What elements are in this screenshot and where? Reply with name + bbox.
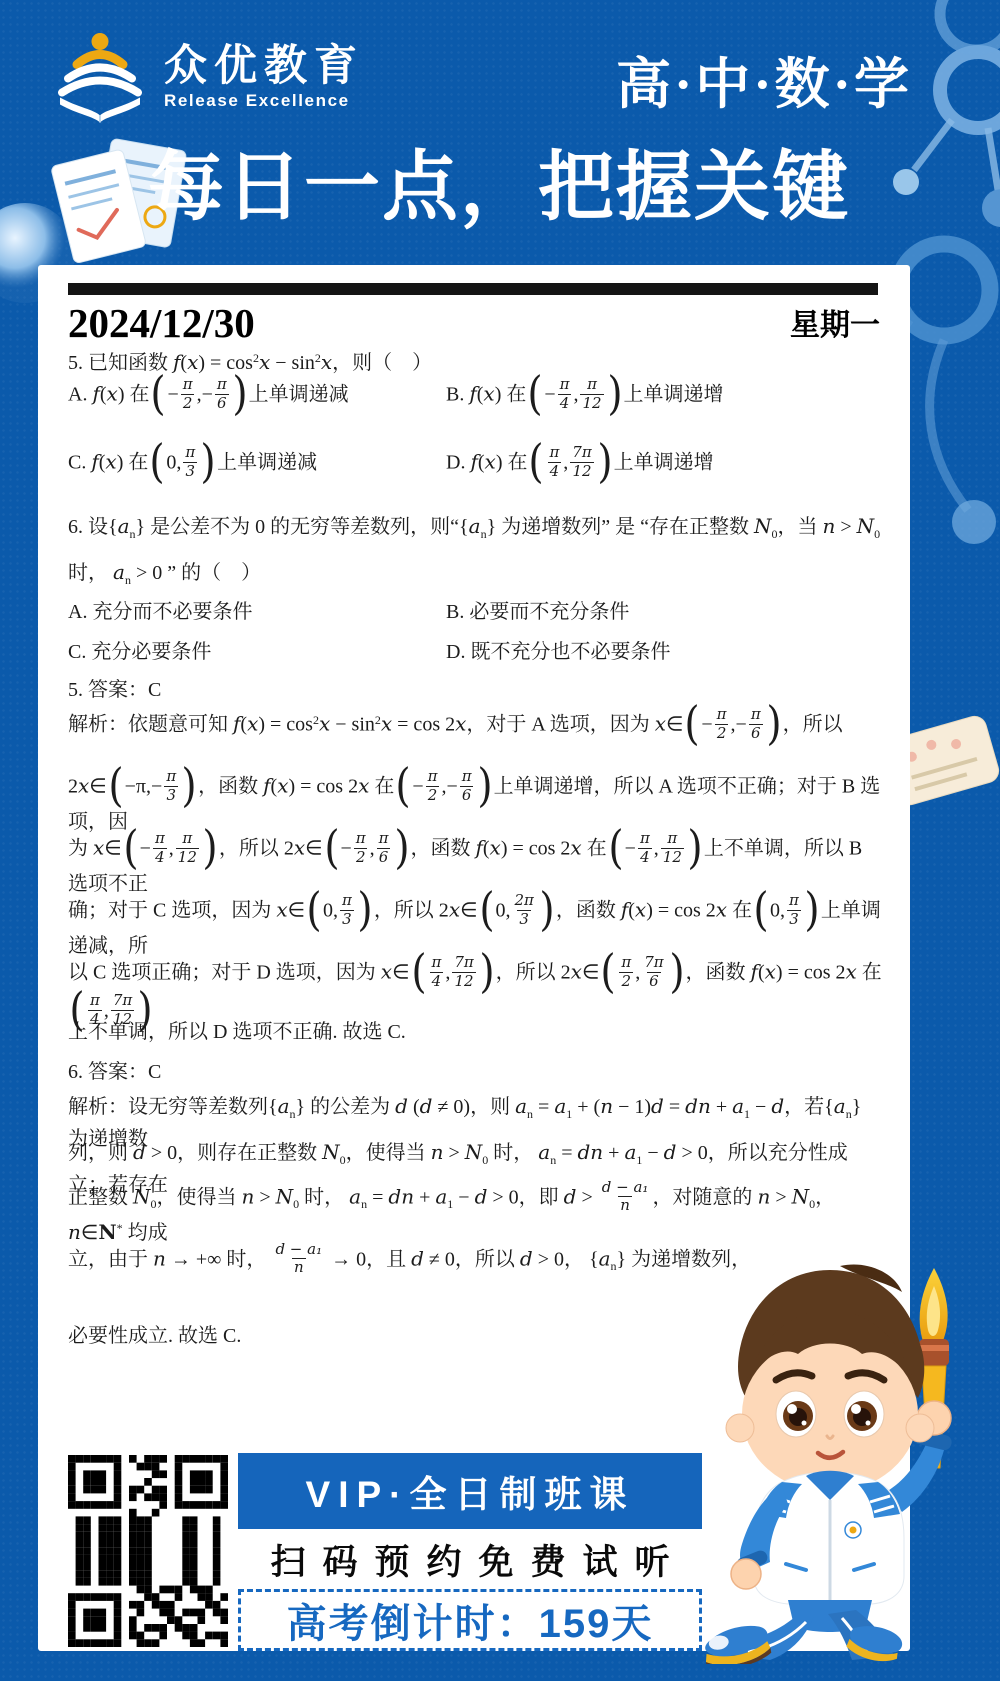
weekday-text: 星期一 bbox=[790, 300, 880, 347]
solution-5-line6: 上不单调，所以 D 选项不正确. 故选 C. bbox=[68, 1017, 886, 1047]
option-6c: C. 充分必要条件 bbox=[68, 637, 446, 667]
option-6a: A. 充分而不必要条件 bbox=[68, 597, 446, 627]
vip-banner: VIP·全日制班课 bbox=[238, 1453, 702, 1529]
problem-5-options-cd: C. f(x) 在(0,π3)上单调递减 D. f(x) 在(π4,7π12)上… bbox=[68, 445, 886, 483]
problem-6-stem-line2: 时， an > 0 ” 的（ ） bbox=[68, 557, 886, 590]
logo-book-icon bbox=[50, 28, 150, 126]
option-5c: C. f(x) 在(0,π3)上单调递减 bbox=[68, 445, 446, 483]
gaokao-countdown: 高考倒计时：159天 bbox=[238, 1589, 702, 1651]
scan-cta: 扫码预约免费试听 bbox=[238, 1537, 702, 1583]
option-5b: B. f(x) 在(−π4,π12)上单调递增 bbox=[446, 377, 886, 415]
option-6d: D. 既不充分也不必要条件 bbox=[446, 637, 886, 667]
answer-5: 5. 答案：C bbox=[68, 675, 886, 705]
subject-title: 高·中·数·学 bbox=[616, 40, 912, 119]
problem-5-options-ab: A. f(x) 在(−π2,−π6)上单调递减 B. f(x) 在(−π4,π1… bbox=[68, 377, 886, 415]
date-text: 2024/12/30 bbox=[68, 299, 255, 347]
divider-bar bbox=[68, 283, 878, 295]
qr-code bbox=[68, 1455, 228, 1647]
brand-subtitle: Release Excellence bbox=[164, 91, 364, 111]
option-5a: A. f(x) 在(−π2,−π6)上单调递减 bbox=[68, 377, 446, 415]
problem-6-options-ab: A. 充分而不必要条件 B. 必要而不充分条件 bbox=[68, 597, 886, 627]
header-logo: 众优教育 Release Excellence bbox=[50, 28, 364, 126]
solution-5-line1: 解析：依题意可知 f(x) = cos2x − sin2x = cos 2x，对… bbox=[68, 707, 886, 745]
ring-icon bbox=[924, 0, 1000, 62]
mascot-illustration bbox=[690, 1256, 970, 1664]
slogan-title: 每日一点，把握关键 bbox=[148, 126, 850, 235]
solution-5-line2: 2x∈(−π,−π3)，函数 f(x) = cos 2x 在(−π2,−π6)上… bbox=[68, 769, 886, 837]
option-5d: D. f(x) 在(π4,7π12)上单调递增 bbox=[446, 445, 886, 483]
problem-6-options-cd: C. 充分必要条件 D. 既不充分也不必要条件 bbox=[68, 637, 886, 667]
answer-6: 6. 答案：C bbox=[68, 1057, 886, 1087]
solution-5-line4: 确；对于 C 选项，因为 x∈(0,π3)，所以 2x∈(0,2π3)，函数 f… bbox=[68, 893, 886, 961]
date-row: 2024/12/30 星期一 bbox=[68, 299, 880, 347]
brand-title: 众优教育 bbox=[164, 42, 364, 91]
option-6b: B. 必要而不充分条件 bbox=[446, 597, 886, 627]
solution-6-line3: 正整数 N0，使得当 n > N0 时， an = dn + a1 − d > … bbox=[68, 1181, 886, 1250]
poster: 众优教育 Release Excellence 高·中·数·学 每日一点，把握关… bbox=[0, 0, 1000, 1681]
problem-6-stem-line1: 6. 设{an} 是公差不为 0 的无穷等差数列，则“{an} 为递增数列” 是… bbox=[68, 511, 886, 544]
